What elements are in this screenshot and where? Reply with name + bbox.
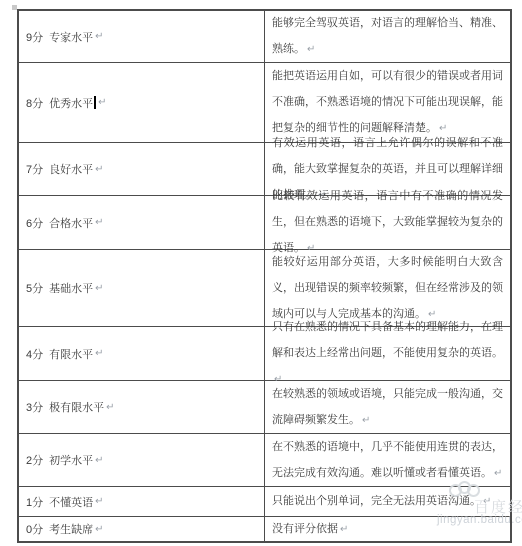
description-text: 能把英语运用自如，可以有很少的错误或者用词不准确，不熟悉语境的情况下可能出现误解… [272, 70, 503, 134]
score-level-cell[interactable]: 3分 极有限水平 ↵ [19, 381, 265, 433]
score-level-cell[interactable]: 7分 良好水平 ↵ [19, 143, 265, 195]
level-text: 考生缺席 [49, 521, 93, 537]
paragraph-mark-icon: ↵ [95, 283, 103, 294]
description-cell[interactable]: 没有评分依据↵ [265, 517, 510, 541]
paragraph-mark-icon: ↵ [362, 415, 370, 426]
score-text: 8分 [26, 95, 43, 111]
paragraph-mark-icon: ↵ [95, 496, 103, 507]
level-text: 专家水平 [49, 29, 93, 45]
description-text: 只有在熟悉的情况下具备基本的理解能力，在理解和表达上经常出问题，不能使用复杂的英… [272, 321, 503, 359]
description-text: 在不熟悉的语境中，几乎不能使用连贯的表达，无法完成有效沟通。难以听懂或者看懂英语… [272, 441, 503, 479]
description-text: 在较熟悉的领域或语境，只能完成一般沟通，交流障碍频繁发生。 [272, 388, 503, 426]
score-level-cell[interactable]: 8分 优秀水平 ↵ [19, 63, 265, 142]
description-cell[interactable]: 只能说出个别单词，完全无法用英语沟通。↵ [265, 487, 510, 516]
paragraph-mark-icon: ↵ [98, 97, 106, 108]
score-text: 0分 [26, 521, 43, 537]
paragraph-mark-icon: ↵ [494, 468, 502, 479]
paragraph-mark-icon: ↵ [95, 524, 103, 535]
paragraph-mark-icon: ↵ [95, 31, 103, 42]
score-level-cell[interactable]: 2分 初学水平 ↵ [19, 434, 265, 486]
description-cell[interactable]: 比较有效运用英语，语言中有不准确的情况发生，但在熟悉的语境下，大致能掌握较为复杂… [265, 196, 510, 249]
score-level-cell[interactable]: 1分 不懂英语 ↵ [19, 487, 265, 516]
description-cell[interactable]: 在较熟悉的领域或语境，只能完成一般沟通，交流障碍频繁发生。↵ [265, 381, 510, 433]
table-row: 3分 极有限水平 ↵ 在较熟悉的领域或语境，只能完成一般沟通，交流障碍频繁发生。… [19, 381, 510, 434]
table-row: 0分 考生缺席 ↵ 没有评分依据↵ [19, 517, 510, 541]
document-page: 9分 专家水平 ↵ 能够完全驾驭英语，对语言的理解恰当、精准、熟练。↵ 8分 优… [0, 0, 522, 546]
level-text: 不懂英语 [49, 494, 93, 510]
table-row: 2分 初学水平 ↵ 在不熟悉的语境中，几乎不能使用连贯的表达，无法完成有效沟通。… [19, 434, 510, 487]
description-cell[interactable]: 在不熟悉的语境中，几乎不能使用连贯的表达，无法完成有效沟通。难以听懂或者看懂英语… [265, 434, 510, 486]
level-text: 极有限水平 [49, 399, 104, 415]
description-cell[interactable]: 只有在熟悉的情况下具备基本的理解能力，在理解和表达上经常出问题，不能使用复杂的英… [265, 327, 510, 380]
score-text: 9分 [26, 29, 43, 45]
paragraph-mark-icon: ↵ [95, 348, 103, 359]
level-text: 有限水平 [49, 346, 93, 362]
paragraph-mark-icon: ↵ [95, 217, 103, 228]
text-cursor [94, 96, 96, 109]
table-row: 9分 专家水平 ↵ 能够完全驾驭英语，对语言的理解恰当、精准、熟练。↵ [19, 11, 510, 63]
level-text: 基础水平 [49, 280, 93, 296]
table-row: 1分 不懂英语 ↵ 只能说出个别单词，完全无法用英语沟通。↵ [19, 487, 510, 517]
score-text: 7分 [26, 161, 43, 177]
paragraph-mark-icon: ↵ [95, 455, 103, 466]
paragraph-mark-icon: ↵ [340, 524, 348, 535]
level-text: 初学水平 [49, 452, 93, 468]
description-cell[interactable]: 能够完全驾驭英语，对语言的理解恰当、精准、熟练。↵ [265, 11, 510, 62]
level-text: 良好水平 [49, 161, 93, 177]
score-level-cell[interactable]: 6分 合格水平 ↵ [19, 196, 265, 249]
score-text: 4分 [26, 346, 43, 362]
score-level-cell[interactable]: 4分 有限水平 ↵ [19, 327, 265, 380]
score-level-cell[interactable]: 5分 基础水平 ↵ [19, 250, 265, 326]
score-text: 3分 [26, 399, 43, 415]
score-level-cell[interactable]: 9分 专家水平 ↵ [19, 11, 265, 62]
paragraph-mark-icon: ↵ [307, 44, 315, 55]
description-text: 没有评分依据 [272, 523, 338, 535]
score-level-cell[interactable]: 0分 考生缺席 ↵ [19, 517, 265, 541]
score-text: 2分 [26, 452, 43, 468]
level-text: 优秀水平 [49, 95, 93, 111]
ielts-score-table: 9分 专家水平 ↵ 能够完全驾驭英语，对语言的理解恰当、精准、熟练。↵ 8分 优… [17, 9, 512, 543]
score-text: 6分 [26, 215, 43, 231]
score-text: 1分 [26, 494, 43, 510]
paragraph-mark-icon: ↵ [106, 402, 114, 413]
description-text: 只能说出个别单词，完全无法用英语沟通。 [272, 495, 481, 507]
table-row: 6分 合格水平 ↵ 比较有效运用英语，语言中有不准确的情况发生，但在熟悉的语境下… [19, 196, 510, 250]
paragraph-mark-icon: ↵ [95, 164, 103, 175]
paragraph-mark-icon: ↵ [483, 496, 491, 507]
score-text: 5分 [26, 280, 43, 296]
level-text: 合格水平 [49, 215, 93, 231]
description-text: 能较好运用部分英语，大多时候能明白大致含义，出现错误的频率较频繁，但在经常涉及的… [272, 256, 503, 320]
table-row: 4分 有限水平 ↵ 只有在熟悉的情况下具备基本的理解能力，在理解和表达上经常出问… [19, 327, 510, 381]
